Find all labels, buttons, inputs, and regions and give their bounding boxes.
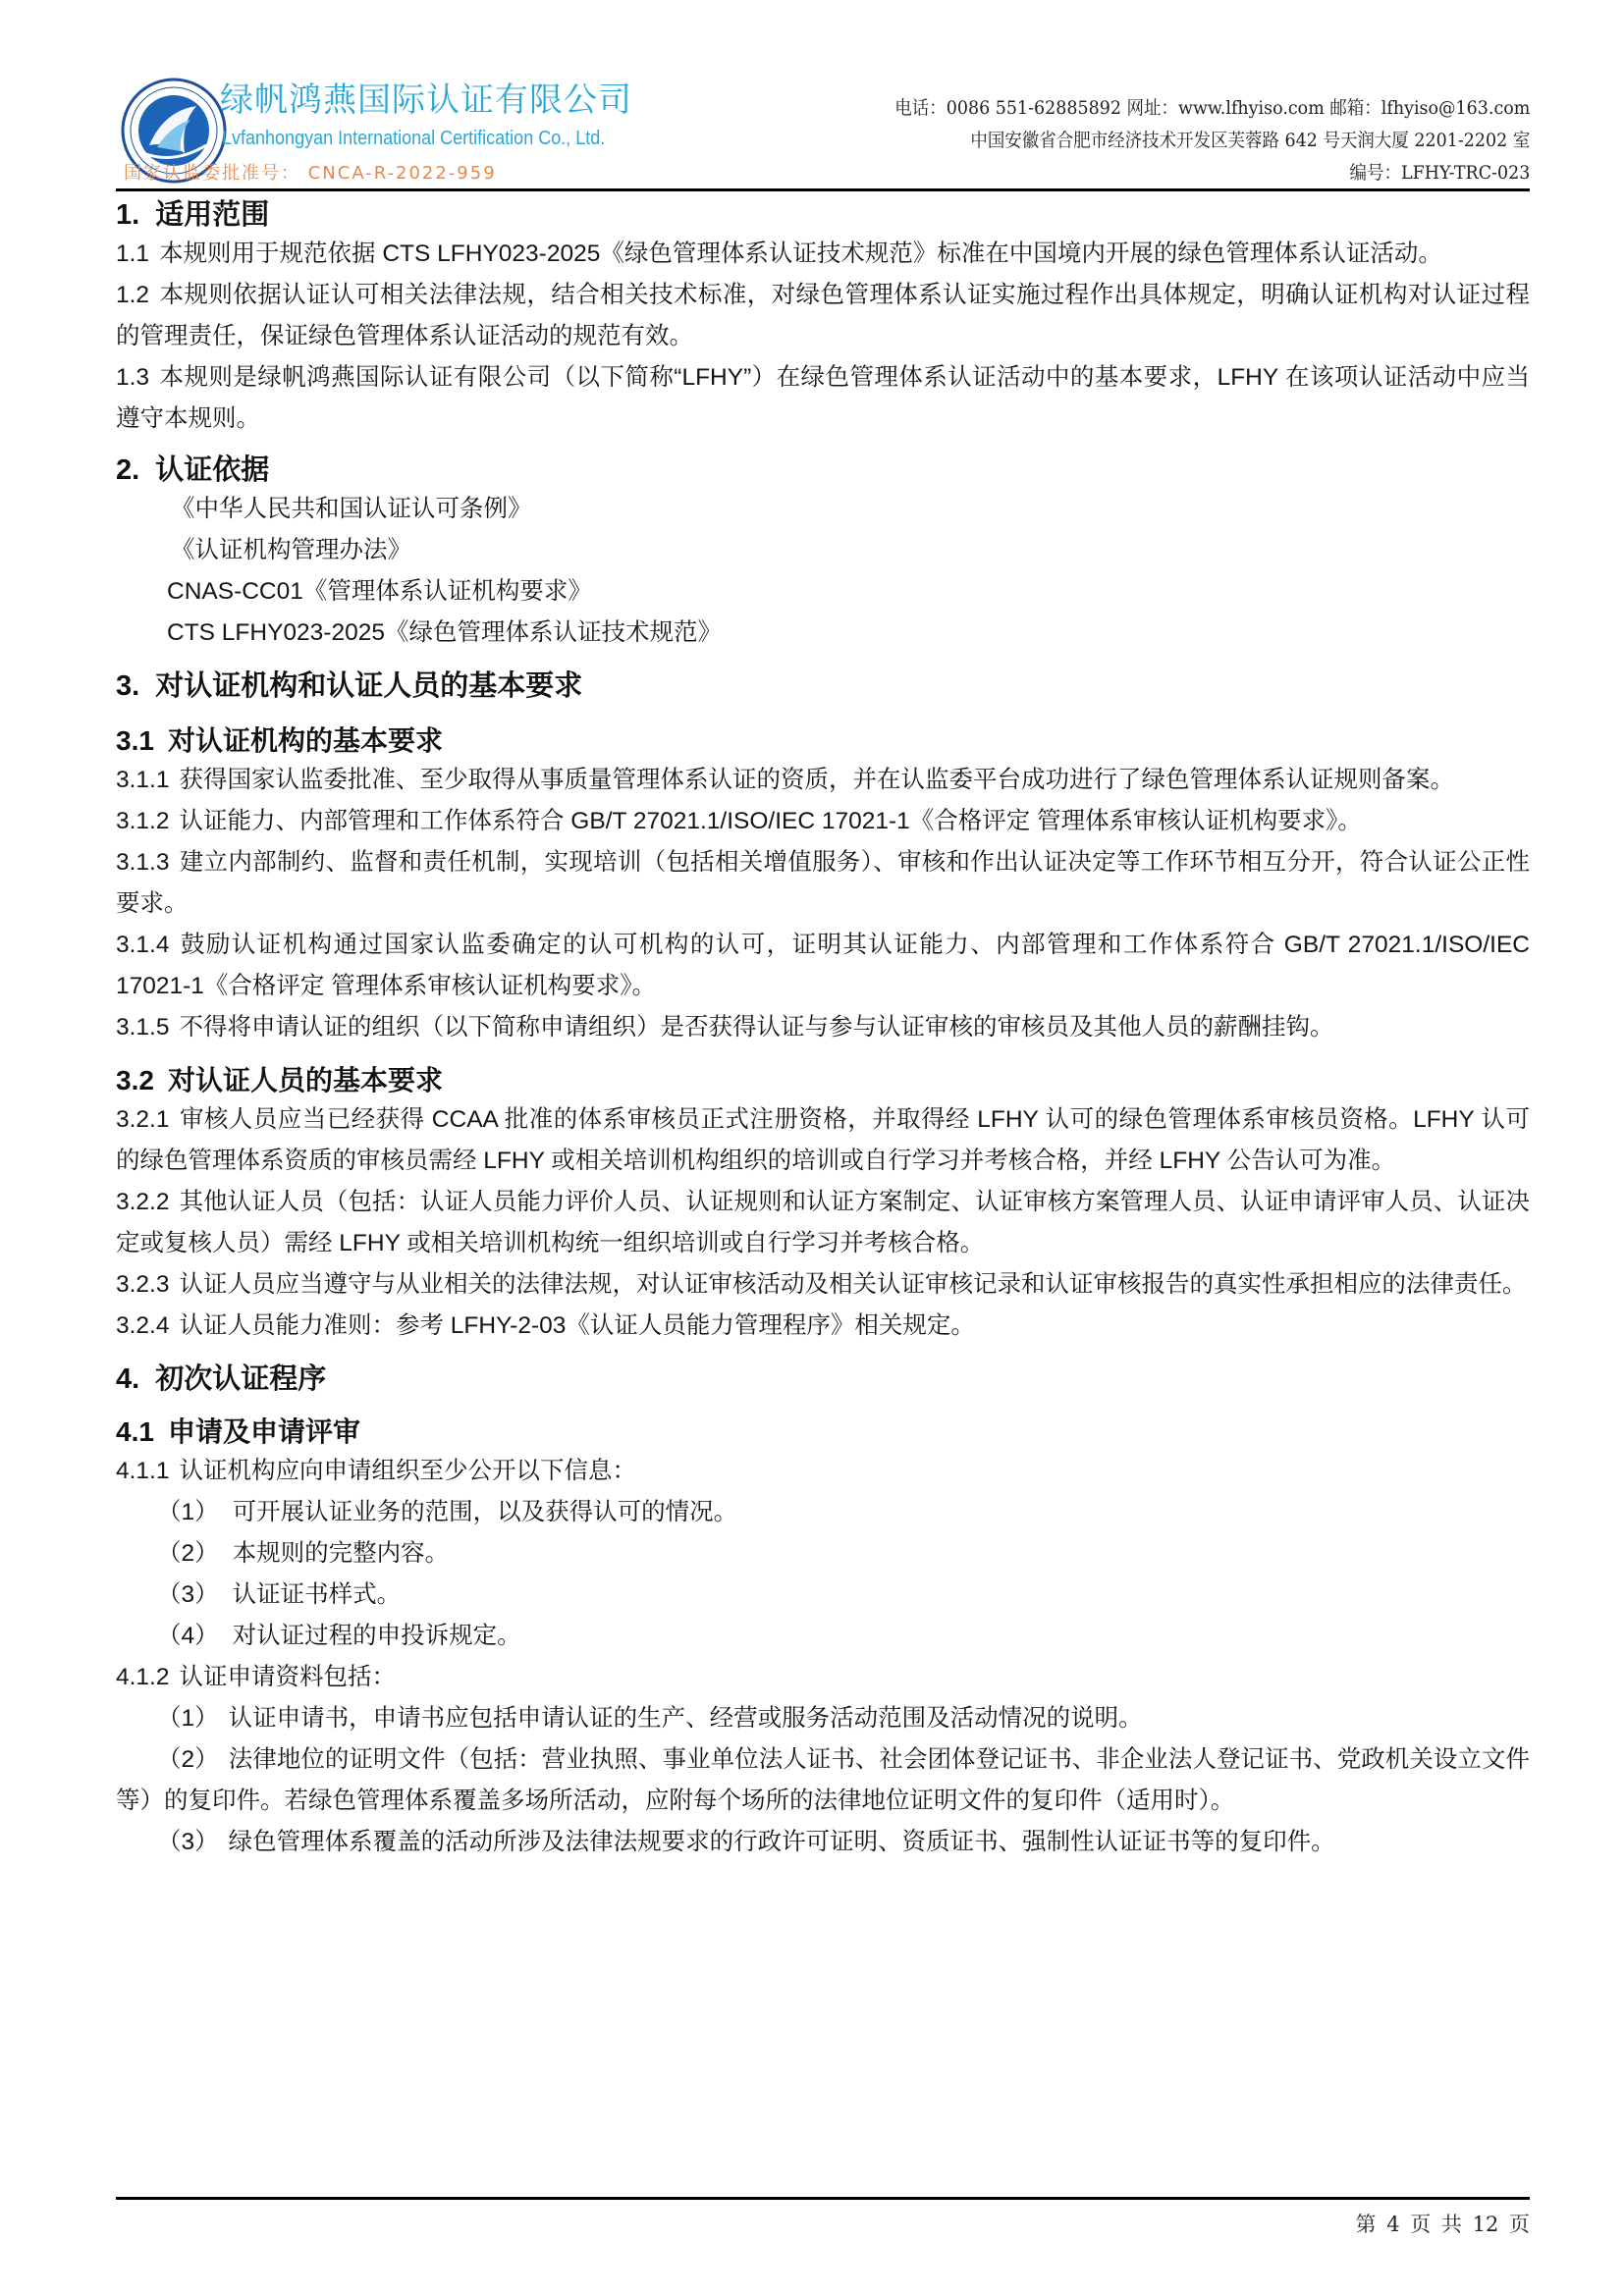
list-item: （3）绿色管理体系覆盖的活动所涉及法律法规要求的行政许可证明、资质证书、强制性认… <box>116 1822 1530 1863</box>
clause-3-2-4: 3.2.4认证人员能力准则：参考 LFHY-2-03《认证人员能力管理程序》相关… <box>116 1306 1530 1347</box>
clause-3-1-1: 3.1.1获得国家认监委批准、至少取得从事质量管理体系认证的资质，并在认监委平台… <box>116 760 1530 801</box>
company-name-en: Lvfanhongyan International Certification… <box>222 128 605 150</box>
address-line: 中国安徽省合肥市经济技术开发区芙蓉路 642 号天润大厦 2201-2202 室 <box>894 125 1530 157</box>
clause-4-1-1: 4.1.1认证机构应向申请组织至少公开以下信息： <box>116 1451 1530 1492</box>
clause-1-2: 1.2本规则依据认证认可相关法律法规，结合相关技术标准，对绿色管理体系认证实施过… <box>116 275 1530 357</box>
subsection-heading: 3.1对认证机构的基本要求 <box>116 722 1530 760</box>
subsection-heading: 4.1申请及申请评审 <box>116 1414 1530 1451</box>
approval-number: 国家认监委批准号： CNCA-R-2022-959 <box>124 159 497 185</box>
clause-1-1: 1.1本规则用于规范依据 CTS LFHY023-2025《绿色管理体系认证技术… <box>116 234 1530 275</box>
footer-divider <box>116 2197 1530 2200</box>
document-body: 1.适用范围 1.1本规则用于规范依据 CTS LFHY023-2025《绿色管… <box>116 194 1530 1863</box>
section-heading: 1.适用范围 <box>116 196 1530 234</box>
reference-item: CNAS-CC01《管理体系认证机构要求》 <box>116 571 1530 613</box>
clause-3-2-1: 3.2.1审核人员应当已经获得 CCAA 批准的体系审核员正式注册资格，并取得经… <box>116 1099 1530 1182</box>
document-number: 编号：LFHY-TRC-023 <box>894 157 1530 189</box>
subsection-heading: 3.2对认证人员的基本要求 <box>116 1062 1530 1099</box>
clause-3-1-5: 3.1.5不得将申请认证的组织（以下简称申请组织）是否获得认证与参与认证审核的审… <box>116 1007 1530 1048</box>
list-item: （2）本规则的完整内容。 <box>116 1533 1530 1575</box>
page-number: 第 4 页 共 12 页 <box>1356 2209 1530 2238</box>
company-name-cn: 绿帆鸿燕国际认证有限公司 <box>220 80 632 120</box>
document-page: 绿帆鸿燕国际认证有限公司 Lvfanhongyan International … <box>0 0 1624 2296</box>
clause-3-1-4: 3.1.4鼓励认证机构通过国家认监委确定的认可机构的认可，证明其认证能力、内部管… <box>116 925 1530 1007</box>
reference-item: 《认证机构管理办法》 <box>116 530 1530 571</box>
section-heading: 4.初次认证程序 <box>116 1361 1530 1398</box>
list-item: （3）认证证书样式。 <box>116 1575 1530 1616</box>
section-heading: 2.认证依据 <box>116 452 1530 489</box>
reference-item: 《中华人民共和国认证认可条例》 <box>116 489 1530 530</box>
clause-3-1-3: 3.1.3建立内部制约、监督和责任机制，实现培训（包括相关增值服务）、审核和作出… <box>116 842 1530 925</box>
clause-1-3: 1.3本规则是绿帆鸿燕国际认证有限公司（以下简称“LFHY”）在绿色管理体系认证… <box>116 357 1530 440</box>
list-item: （1）可开展认证业务的范围，以及获得认可的情况。 <box>116 1492 1530 1533</box>
list-item: （1）认证申请书，申请书应包括申请认证的生产、经营或服务活动范围及活动情况的说明… <box>116 1698 1530 1739</box>
section-heading: 3.对认证机构和认证人员的基本要求 <box>116 667 1530 705</box>
clause-3-1-2: 3.1.2认证能力、内部管理和工作体系符合 GB/T 27021.1/ISO/I… <box>116 801 1530 842</box>
clause-3-2-3: 3.2.3认证人员应当遵守与从业相关的法律法规，对认证审核活动及相关认证审核记录… <box>116 1264 1530 1306</box>
contact-line: 电话：0086 551-62885892 网址：www.lfhyiso.com … <box>894 92 1530 125</box>
clause-3-2-2: 3.2.2其他认证人员（包括：认证人员能力评价人员、认证规则和认证方案制定、认证… <box>116 1182 1530 1264</box>
clause-4-1-2: 4.1.2认证申请资料包括： <box>116 1657 1530 1698</box>
reference-item: CTS LFHY023-2025《绿色管理体系认证技术规范》 <box>116 613 1530 654</box>
list-item: （2）法律地位的证明文件（包括：营业执照、事业单位法人证书、社会团体登记证书、非… <box>116 1739 1530 1822</box>
list-item: （4）对认证过程的申投诉规定。 <box>116 1616 1530 1657</box>
header-divider <box>116 188 1530 191</box>
contact-block: 电话：0086 551-62885892 网址：www.lfhyiso.com … <box>839 92 1530 189</box>
letterhead: 绿帆鸿燕国际认证有限公司 Lvfanhongyan International … <box>116 69 1530 185</box>
